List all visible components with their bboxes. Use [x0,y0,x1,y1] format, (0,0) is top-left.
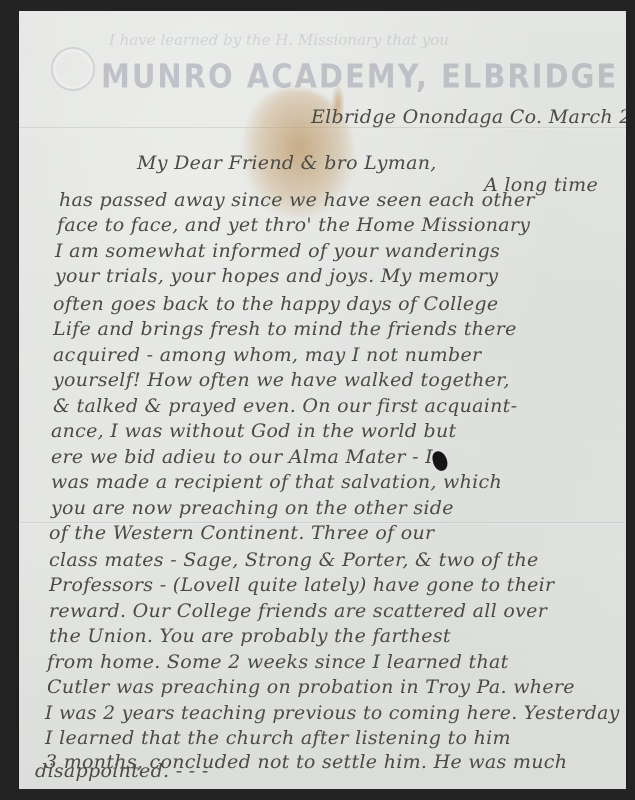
letter-line: has passed away since we have seen each … [59,189,535,211]
letter-line: ere we bid adieu to our Alma Mater - I [51,446,433,468]
letter-line: disappointed. - - - [35,760,209,782]
letter-line: ance, I was without God in the world but [51,420,456,442]
letter-line: I learned that the church after listenin… [45,727,511,749]
letter-line: class mates - Sage, Strong & Porter, & t… [49,549,539,571]
letter-line: I was 2 years teaching previous to comin… [45,702,620,724]
letter-line: Cutler was preaching on probation in Tro… [47,676,575,698]
letter-line: was made a recipient of that salvation, … [51,471,502,493]
letterhead: MUNRO ACADEMY, ELBRIDGE [101,56,541,95]
letter-line: face to face, and yet thro' the Home Mis… [57,214,530,236]
letter-line: Professors - (Lovell quite lately) have … [49,574,554,596]
letter-line: Life and brings fresh to mind the friend… [53,318,517,340]
letter-line: acquired - among whom, may I not number [53,344,481,366]
letter-line: often goes back to the happy days of Col… [53,293,498,315]
letter-line: your trials, your hopes and joys. My mem… [55,265,498,287]
salutation: My Dear Friend & bro Lyman, [137,152,437,174]
embossed-seal-icon [51,47,95,91]
letter-line: I am somewhat informed of your wandering… [55,240,500,262]
letter-line: of the Western Continent. Three of our [49,522,434,544]
letter-line: & talked & prayed even. On our first acq… [53,395,517,417]
dateline: Elbridge Onondaga Co. March 22/72 [311,106,635,128]
letter-page: I have learned by the H. Missionary that… [19,11,626,789]
letter-line: you are now preaching on the other side [51,497,454,519]
letter-line: yourself! How often we have walked toget… [53,369,510,391]
letter-line: reward. Our College friends are scattere… [49,600,547,622]
letter-line: from home. Some 2 weeks since I learned … [47,651,509,673]
bleed-through-text: I have learned by the H. Missionary that… [109,31,449,49]
letter-line: the Union. You are probably the farthest [49,625,451,647]
